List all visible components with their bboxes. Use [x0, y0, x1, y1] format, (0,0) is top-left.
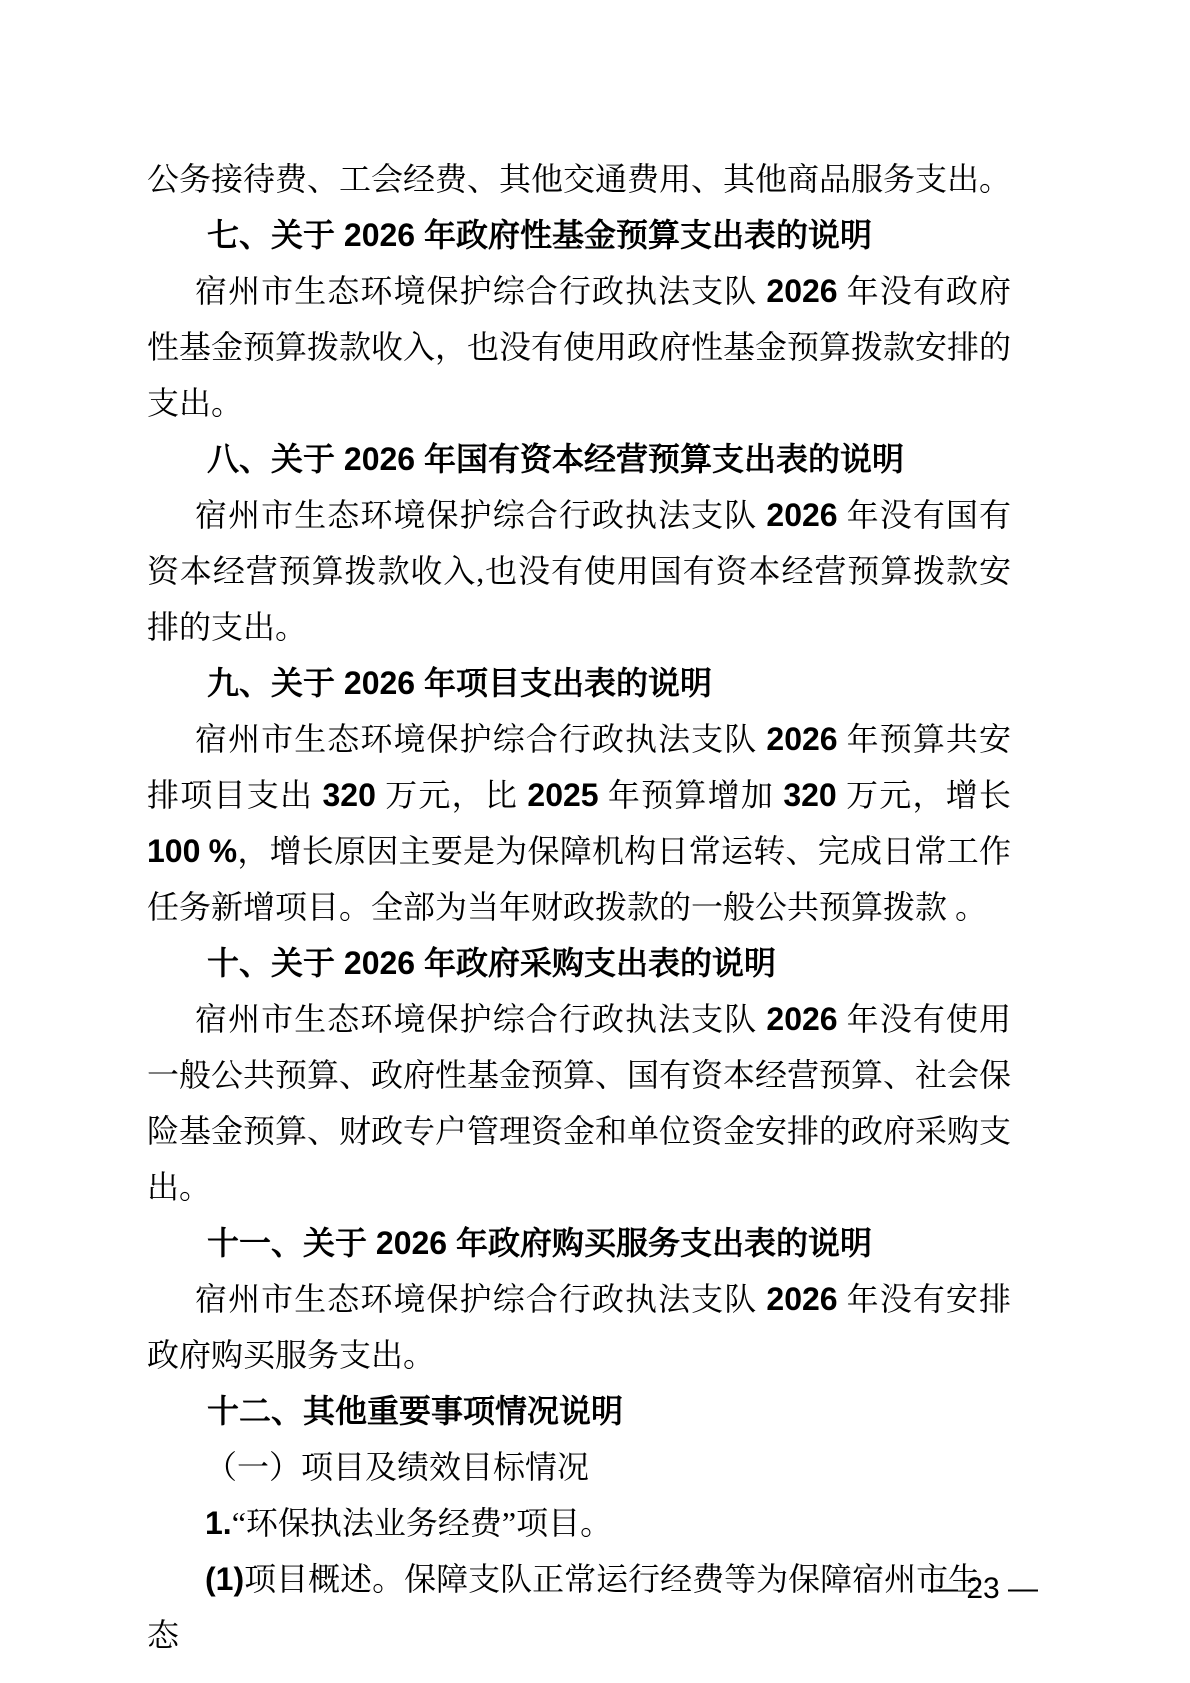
section-10-heading: 十、关于 2026 年政府采购支出表的说明 — [147, 935, 1011, 991]
section-9-heading: 九、关于 2026 年项目支出表的说明 — [147, 655, 1011, 711]
section-7-heading: 七、关于 2026 年政府性基金预算支出表的说明 — [147, 207, 1011, 263]
section-11-heading: 十一、关于 2026 年政府购买服务支出表的说明 — [147, 1215, 1011, 1271]
page-number: — 23 — — [928, 1572, 1038, 1606]
section-11-paragraph: 宿州市生态环境保护综合行政执法支队 2026 年没有安排政府购买服务支出。 — [147, 1271, 1011, 1383]
subsection-1-heading: （一）项目及绩效目标情况 — [147, 1439, 1011, 1495]
section-7-paragraph: 宿州市生态环境保护综合行政执法支队 2026 年没有政府性基金预算拨款收入，也没… — [147, 263, 1011, 431]
section-12-heading: 十二、其他重要事项情况说明 — [147, 1383, 1011, 1439]
document-page: 公务接待费、工会经费、其他交通费用、其他商品服务支出。 七、关于 2026 年政… — [0, 0, 1190, 1683]
section-9-paragraph: 宿州市生态环境保护综合行政执法支队 2026 年预算共安排项目支出 320 万元… — [147, 711, 1011, 935]
project-1-overview-line: (1)项目概述。保障支队正常运行经费等为保障宿州市生态 — [147, 1551, 1011, 1663]
project-1-title: 1.“环保执法业务经费”项目。 — [147, 1495, 1011, 1551]
section-8-paragraph: 宿州市生态环境保护综合行政执法支队 2026 年没有国有资本经营预算拨款收入,也… — [147, 487, 1011, 655]
continuation-line: 公务接待费、工会经费、其他交通费用、其他商品服务支出。 — [147, 151, 1011, 207]
section-10-paragraph: 宿州市生态环境保护综合行政执法支队 2026 年没有使用一般公共预算、政府性基金… — [147, 991, 1011, 1215]
document-body: 公务接待费、工会经费、其他交通费用、其他商品服务支出。 七、关于 2026 年政… — [147, 151, 1011, 1663]
section-8-heading: 八、关于 2026 年国有资本经营预算支出表的说明 — [147, 431, 1011, 487]
